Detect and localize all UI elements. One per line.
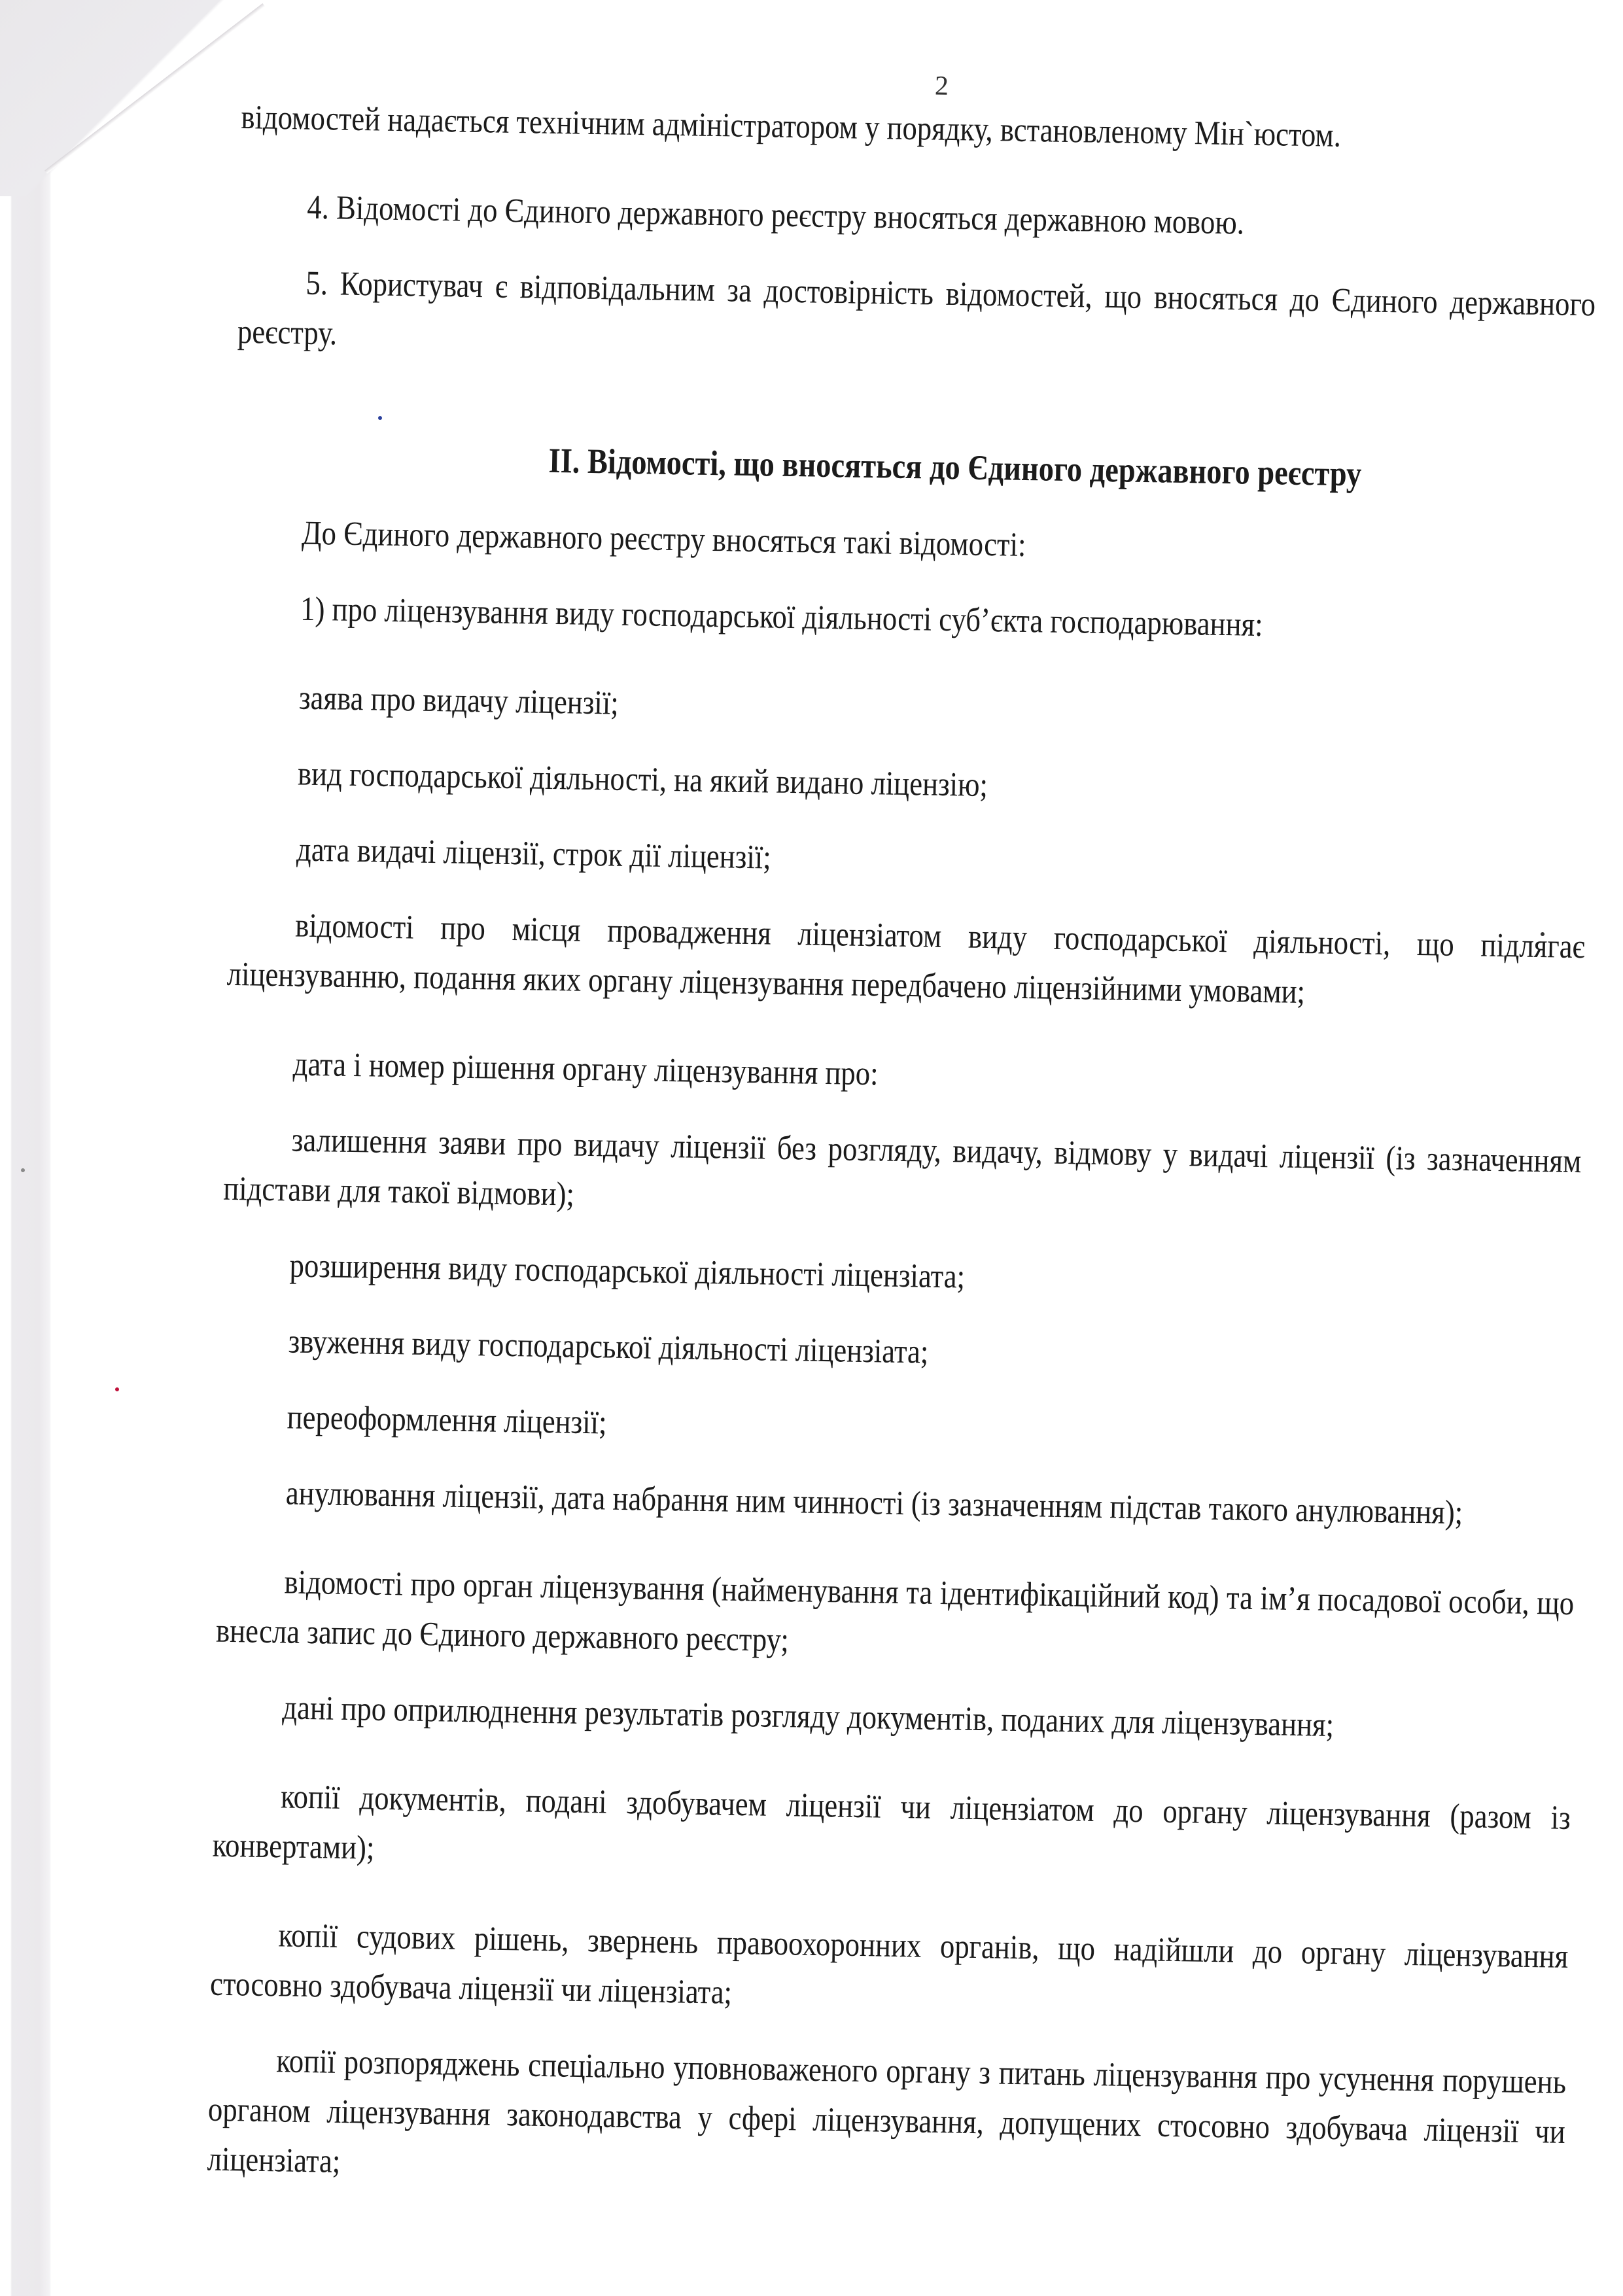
document-page: 2 відомостей надається технічним адмініс…: [207, 59, 1603, 2207]
paragraph-list: 1) про ліцензування виду господарської д…: [207, 583, 1594, 2207]
ink-speck-gray: [21, 1168, 25, 1172]
folded-corner: [0, 0, 262, 196]
ink-speck-red: [115, 1387, 119, 1391]
list-item: копії розпоряджень спеціально уповноваже…: [207, 2036, 1567, 2207]
scan-page-edge: [0, 0, 51, 2296]
